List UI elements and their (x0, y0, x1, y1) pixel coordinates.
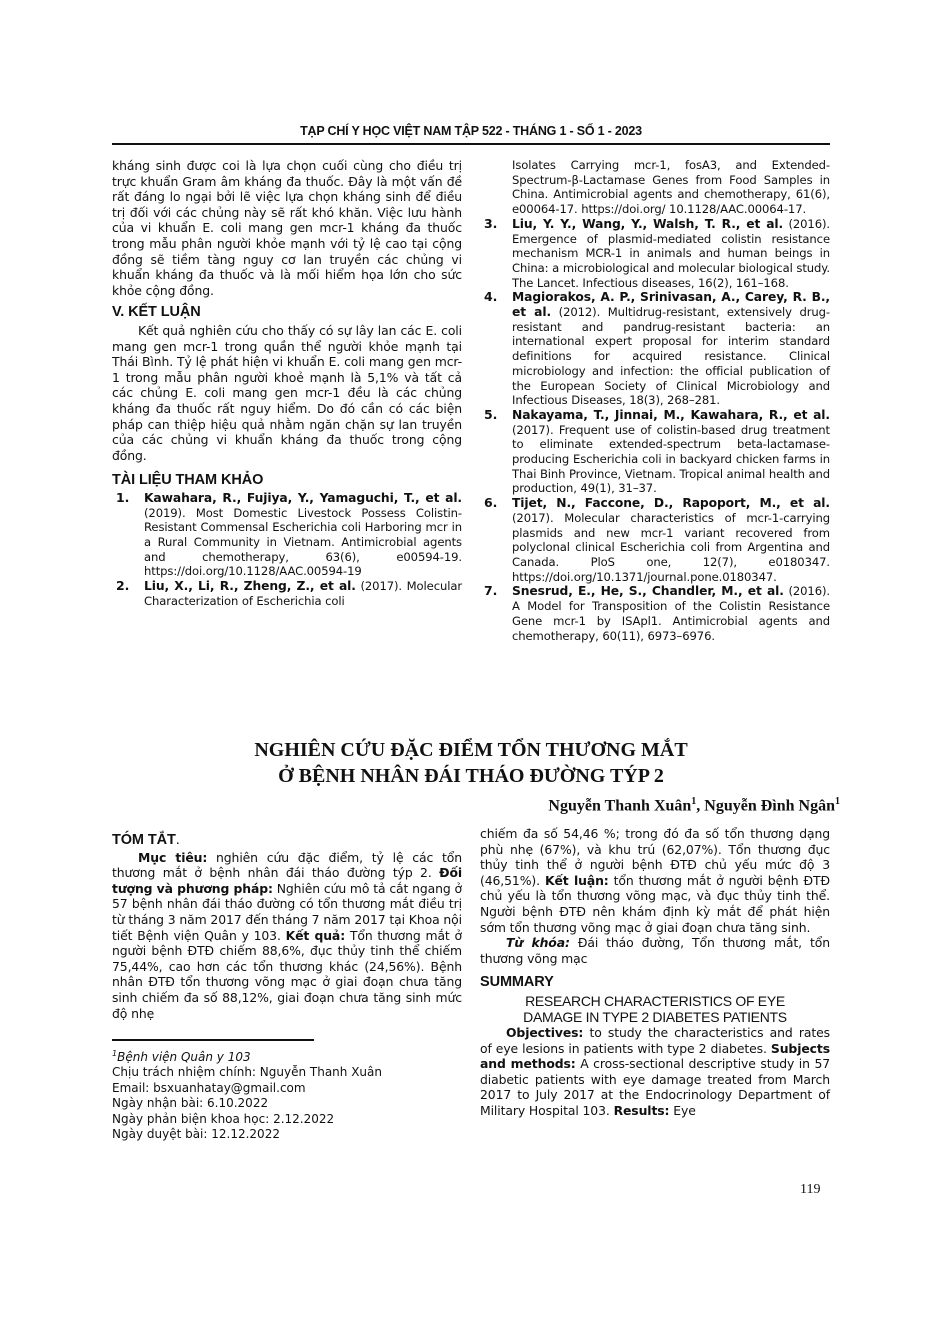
conclusion-label: Kết luận: (545, 873, 609, 888)
footnote-affiliation: 1Bệnh viện Quân y 103 (112, 1046, 452, 1065)
reference-text: (2012). Multidrug-resistant, extensively… (512, 305, 830, 407)
objective-label: Mục tiêu: (138, 850, 207, 865)
accepted-date: Ngày duyệt bài: 12.12.2022 (112, 1127, 452, 1142)
reference-number: 1. (112, 491, 144, 579)
running-header: TẠP CHÍ Y HỌC VIỆT NAM TẬP 522 - THÁNG 1… (112, 124, 830, 138)
contact-email: Email: bsxuanhatay@gmail.com (112, 1081, 452, 1096)
reference-number: 6. (480, 496, 512, 584)
article-title-line-1: NGHIÊN CỨU ĐẶC ĐIỂM TỔN THƯƠNG MẮT (130, 737, 812, 763)
conclusion-heading: V. KẾT LUẬN (112, 305, 462, 321)
header-rule (112, 143, 830, 145)
article-title-line-2: Ở BỆNH NHÂN ĐÁI THÁO ĐƯỜNG TÝP 2 (130, 763, 812, 789)
reference-continuation: Isolates Carrying mcr-1, fosA3, and Exte… (480, 158, 830, 217)
reference-authors: Kawahara, R., Fujiya, Y., Yamaguchi, T.,… (144, 491, 462, 505)
reference-item: 7. Snesrud, E., He, S., Chandler, M., et… (480, 584, 830, 643)
reference-item: 1. Kawahara, R., Fujiya, Y., Yamaguchi, … (112, 491, 462, 579)
author-list: Nguyễn Thanh Xuân1, Nguyễn Đình Ngân1 (470, 796, 840, 815)
responsible-author: Chịu trách nhiệm chính: Nguyễn Thanh Xuâ… (112, 1065, 452, 1080)
reference-number: 3. (480, 217, 512, 291)
reference-item: 4. Magiorakos, A. P., Srinivasan, A., Ca… (480, 290, 830, 408)
summary-title-line-1: RESEARCH CHARACTERISTICS OF EYE (480, 993, 830, 1009)
abstract-heading-dot: . (176, 832, 180, 848)
summary-heading: SUMMARY (480, 975, 830, 991)
received-date: Ngày nhận bài: 6.10.2022 (112, 1096, 452, 1111)
reference-item: 3. Liu, Y. Y., Wang, Y., Walsh, T. R., e… (480, 217, 830, 291)
summary-title: RESEARCH CHARACTERISTICS OF EYE DAMAGE I… (480, 993, 830, 1025)
reference-authors: Tijet, N., Faccone, D., Rapoport, M., et… (512, 496, 830, 510)
page-number: 119 (800, 1182, 820, 1198)
right-column-top: Isolates Carrying mcr-1, fosA3, and Exte… (480, 158, 830, 643)
reference-number: 7. (480, 584, 512, 643)
abstract-heading-text: TÓM TẮT (112, 832, 176, 848)
article-title: NGHIÊN CỨU ĐẶC ĐIỂM TỔN THƯƠNG MẮT Ở BỆN… (130, 737, 812, 789)
discussion-continuation: kháng sinh được coi là lựa chọn cuối cùn… (112, 158, 462, 298)
reference-item: 5. Nakayama, T., Jinnai, M., Kawahara, R… (480, 408, 830, 496)
review-date: Ngày phản biện khoa học: 2.12.2022 (112, 1112, 452, 1127)
references-heading: TÀI LIỆU THAM KHẢO (112, 473, 462, 489)
affiliation-text: Bệnh viện Quân y 103 (117, 1050, 251, 1064)
reference-number: 5. (480, 408, 512, 496)
reference-authors: Liu, X., Li, R., Zheng, Z., et al. (144, 579, 356, 593)
reference-text: Isolates Carrying mcr-1, fosA3, and Exte… (480, 158, 830, 217)
author-name: Nguyễn Thanh Xuân (548, 797, 691, 814)
affiliation-mark: 1 (835, 796, 840, 807)
reference-item: 2. Liu, X., Li, R., Zheng, Z., et al. (2… (112, 579, 462, 608)
reference-text: (2017). Molecular characteristics of mcr… (512, 511, 830, 584)
reference-number: 4. (480, 290, 512, 408)
footnote: 1Bệnh viện Quân y 103 Chịu trách nhiệm c… (112, 1046, 452, 1142)
reference-item: 6. Tijet, N., Faccone, D., Rapoport, M.,… (480, 496, 830, 584)
reference-authors: Liu, Y. Y., Wang, Y., Walsh, T. R., et a… (512, 217, 783, 231)
summary-paragraph: Objectives: to study the characteristics… (480, 1025, 830, 1119)
results-text: Eye (669, 1103, 695, 1118)
reference-text: (2017). Frequent use of colistin-based d… (512, 423, 830, 496)
reference-authors: Snesrud, E., He, S., Chandler, M., et al… (512, 584, 784, 598)
left-column-top: kháng sinh được coi là lựa chọn cuối cùn… (112, 158, 462, 609)
footnote-rule (112, 1039, 314, 1041)
abstract-vi-paragraph: Mục tiêu: nghiên cứu đặc điểm, tỷ lệ các… (112, 850, 462, 1022)
reference-number: 2. (112, 579, 144, 608)
abstract-vi-column-1: TÓM TẮT. Mục tiêu: nghiên cứu đặc điểm, … (112, 833, 462, 1021)
abstract-vi-continuation: chiếm đa số 54,46 %; trong đó đa số tổn … (480, 826, 830, 935)
abstract-heading: TÓM TẮT. (112, 833, 462, 849)
abstract-vi-column-2: chiếm đa số 54,46 %; trong đó đa số tổn … (480, 826, 830, 1119)
author-name: Nguyễn Đình Ngân (704, 797, 835, 814)
reference-authors: Nakayama, T., Jinnai, M., Kawahara, R., … (512, 408, 830, 422)
summary-title-line-2: DAMAGE IN TYPE 2 DIABETES PATIENTS (480, 1009, 830, 1025)
results-label: Kết quả: (286, 928, 345, 943)
keywords: Từ khóa: Đái tháo đường, Tổn thương mắt,… (480, 935, 830, 966)
keywords-label: Từ khóa: (506, 935, 570, 950)
results-label: Results: (614, 1103, 670, 1118)
objectives-label: Objectives: (506, 1025, 583, 1040)
reference-text: (2019). Most Domestic Livestock Possess … (144, 506, 462, 579)
conclusion-text: Kết quả nghiên cứu cho thấy có sự lây la… (112, 323, 462, 463)
